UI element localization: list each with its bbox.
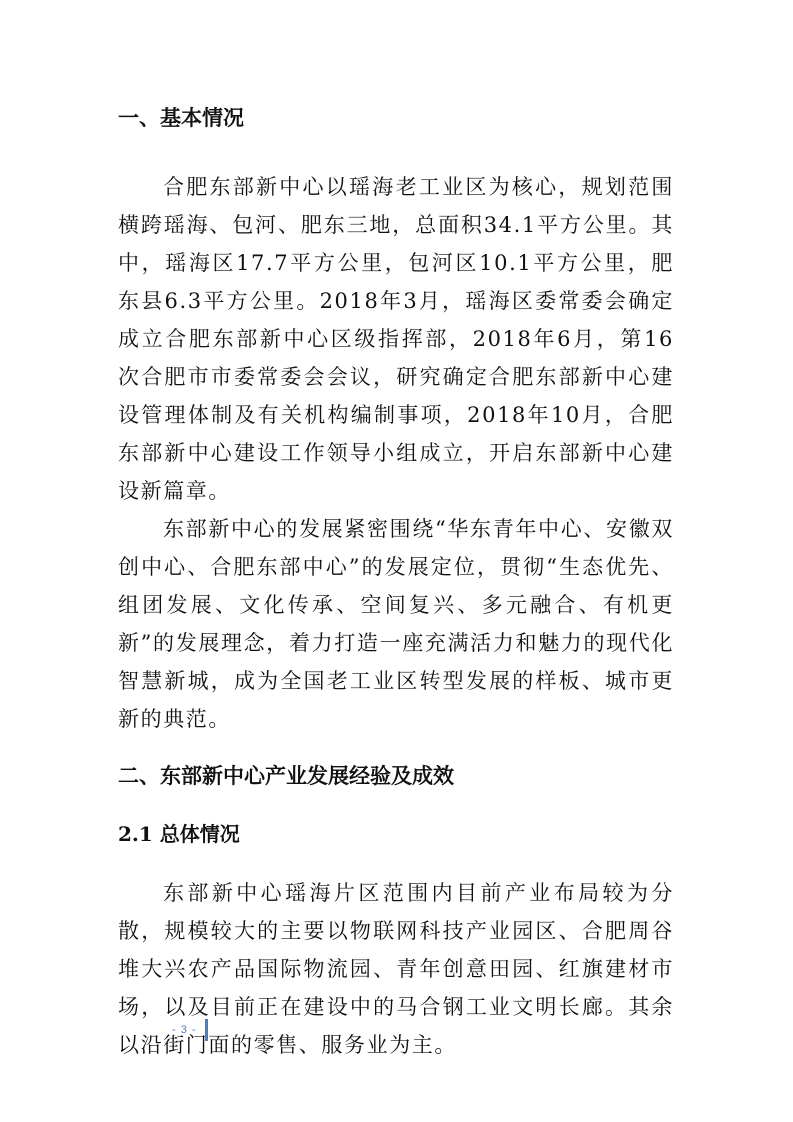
page-content: 一、基本情况 合肥东部新中心以瑶海老工业区为核心，规划范围横跨瑶海、包河、肥东三… — [118, 98, 674, 1064]
subsection-heading-overall: 2.1 总体情况 — [118, 814, 674, 854]
spacer — [118, 138, 674, 152]
page-number-bar — [205, 1019, 208, 1041]
document-page: 一、基本情况 合肥东部新中心以瑶海老工业区为核心，规划范围横跨瑶海、包河、肥东三… — [0, 0, 793, 1122]
page-footer: - 3 - — [172, 1018, 208, 1042]
section-heading-basic-info: 一、基本情况 — [118, 98, 674, 138]
paragraph-positioning: 东部新中心的发展紧密围绕“华东青年中心、安徽双创中心、合肥东部中心”的发展定位，… — [118, 510, 674, 738]
section-heading-industry: 二、东部新中心产业发展经验及成效 — [118, 756, 674, 796]
paragraph-overview: 合肥东部新中心以瑶海老工业区为核心，规划范围横跨瑶海、包河、肥东三地，总面积34… — [118, 168, 674, 510]
page-number: - 3 - — [172, 1024, 197, 1036]
